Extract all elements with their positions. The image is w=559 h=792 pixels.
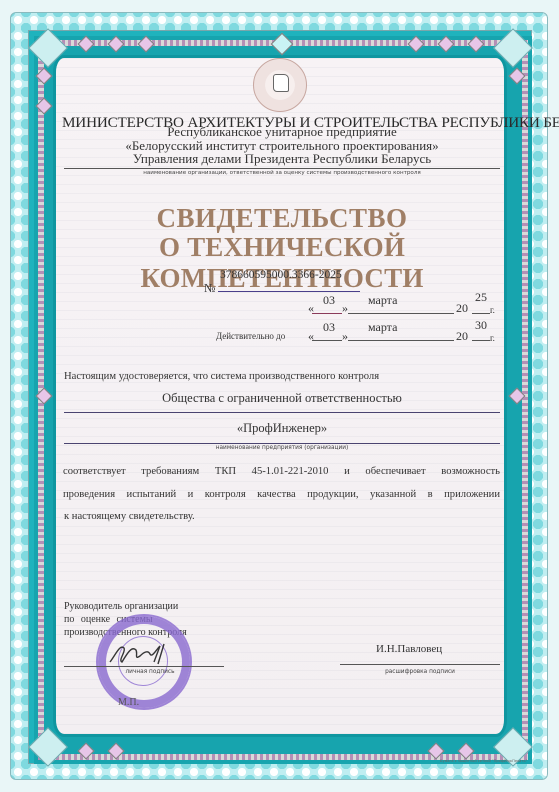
body-line-1: соответствует требованиям ТКП 45-1.01-22… (63, 466, 500, 477)
issue-day: 03 (323, 293, 335, 308)
emblem-map-icon (273, 74, 289, 92)
issue-year-underline (472, 313, 490, 314)
signature-caption: личная подпись (110, 669, 190, 675)
company-underline-1 (64, 412, 500, 413)
valid-month: марта (368, 320, 397, 335)
valid-month-underline (348, 340, 454, 341)
name-caption: расшифровка подписи (340, 669, 500, 675)
signature-line (64, 666, 224, 667)
printer-note: Бумага с защитной сеткой "ПрофИнжПечать" (440, 759, 527, 763)
company-line-2: «ПрофИнженер» (62, 421, 502, 436)
valid-close-quote: » (342, 329, 348, 344)
certificate-title: СВИДЕТЕЛЬСТВО (62, 203, 502, 234)
intro-text: Настоящим удостоверяется, что система пр… (64, 371, 379, 382)
valid-century: 20 (456, 329, 468, 344)
certificate-number: 378660595000.3366-2025 (220, 269, 360, 281)
handwritten-signature-icon (108, 640, 178, 666)
divider (64, 168, 500, 169)
company-caption: наименование предприятия (организации) (62, 445, 502, 451)
certificate-subtitle: О ТЕХНИЧЕСКОЙ КОМПЕТЕНТНОСТИ (62, 232, 502, 294)
valid-open-quote: « (308, 329, 314, 344)
issue-month: марта (368, 293, 397, 308)
company-underline-2 (64, 443, 500, 444)
issue-day-underline (312, 313, 342, 314)
stamp-place-label: М.П. (118, 697, 139, 708)
number-label: № (204, 281, 215, 296)
company-line-1: Общества с ограниченной ответственностью (62, 391, 502, 406)
body-line-3: к настоящему свидетельству. (64, 511, 195, 522)
valid-year-suffix: г. (490, 333, 495, 343)
valid-year: 30 (475, 318, 487, 333)
role-line-1: Руководитель организации (64, 601, 178, 612)
signatory-name: И.Н.Павловец (376, 643, 442, 655)
issue-month-underline (348, 313, 454, 314)
number-underline (218, 291, 360, 292)
org-line-3: Управления делами Президента Республики … (62, 151, 502, 167)
org-caption: наименование организации, ответственной … (62, 170, 502, 176)
name-underline (340, 664, 500, 665)
valid-day-underline (312, 340, 342, 341)
valid-until-label: Действительно до (216, 331, 285, 341)
certificate-page: МИНИСТЕРСТВО АРХИТЕКТУРЫ И СТРОИТЕЛЬСТВА… (0, 0, 559, 792)
body-line-2: проведения испытаний и контроля качества… (63, 489, 500, 500)
issue-year: 25 (475, 290, 487, 305)
issue-year-suffix: г. (490, 305, 495, 315)
issue-century: 20 (456, 301, 468, 316)
valid-day: 03 (323, 320, 335, 335)
valid-year-underline (472, 340, 490, 341)
